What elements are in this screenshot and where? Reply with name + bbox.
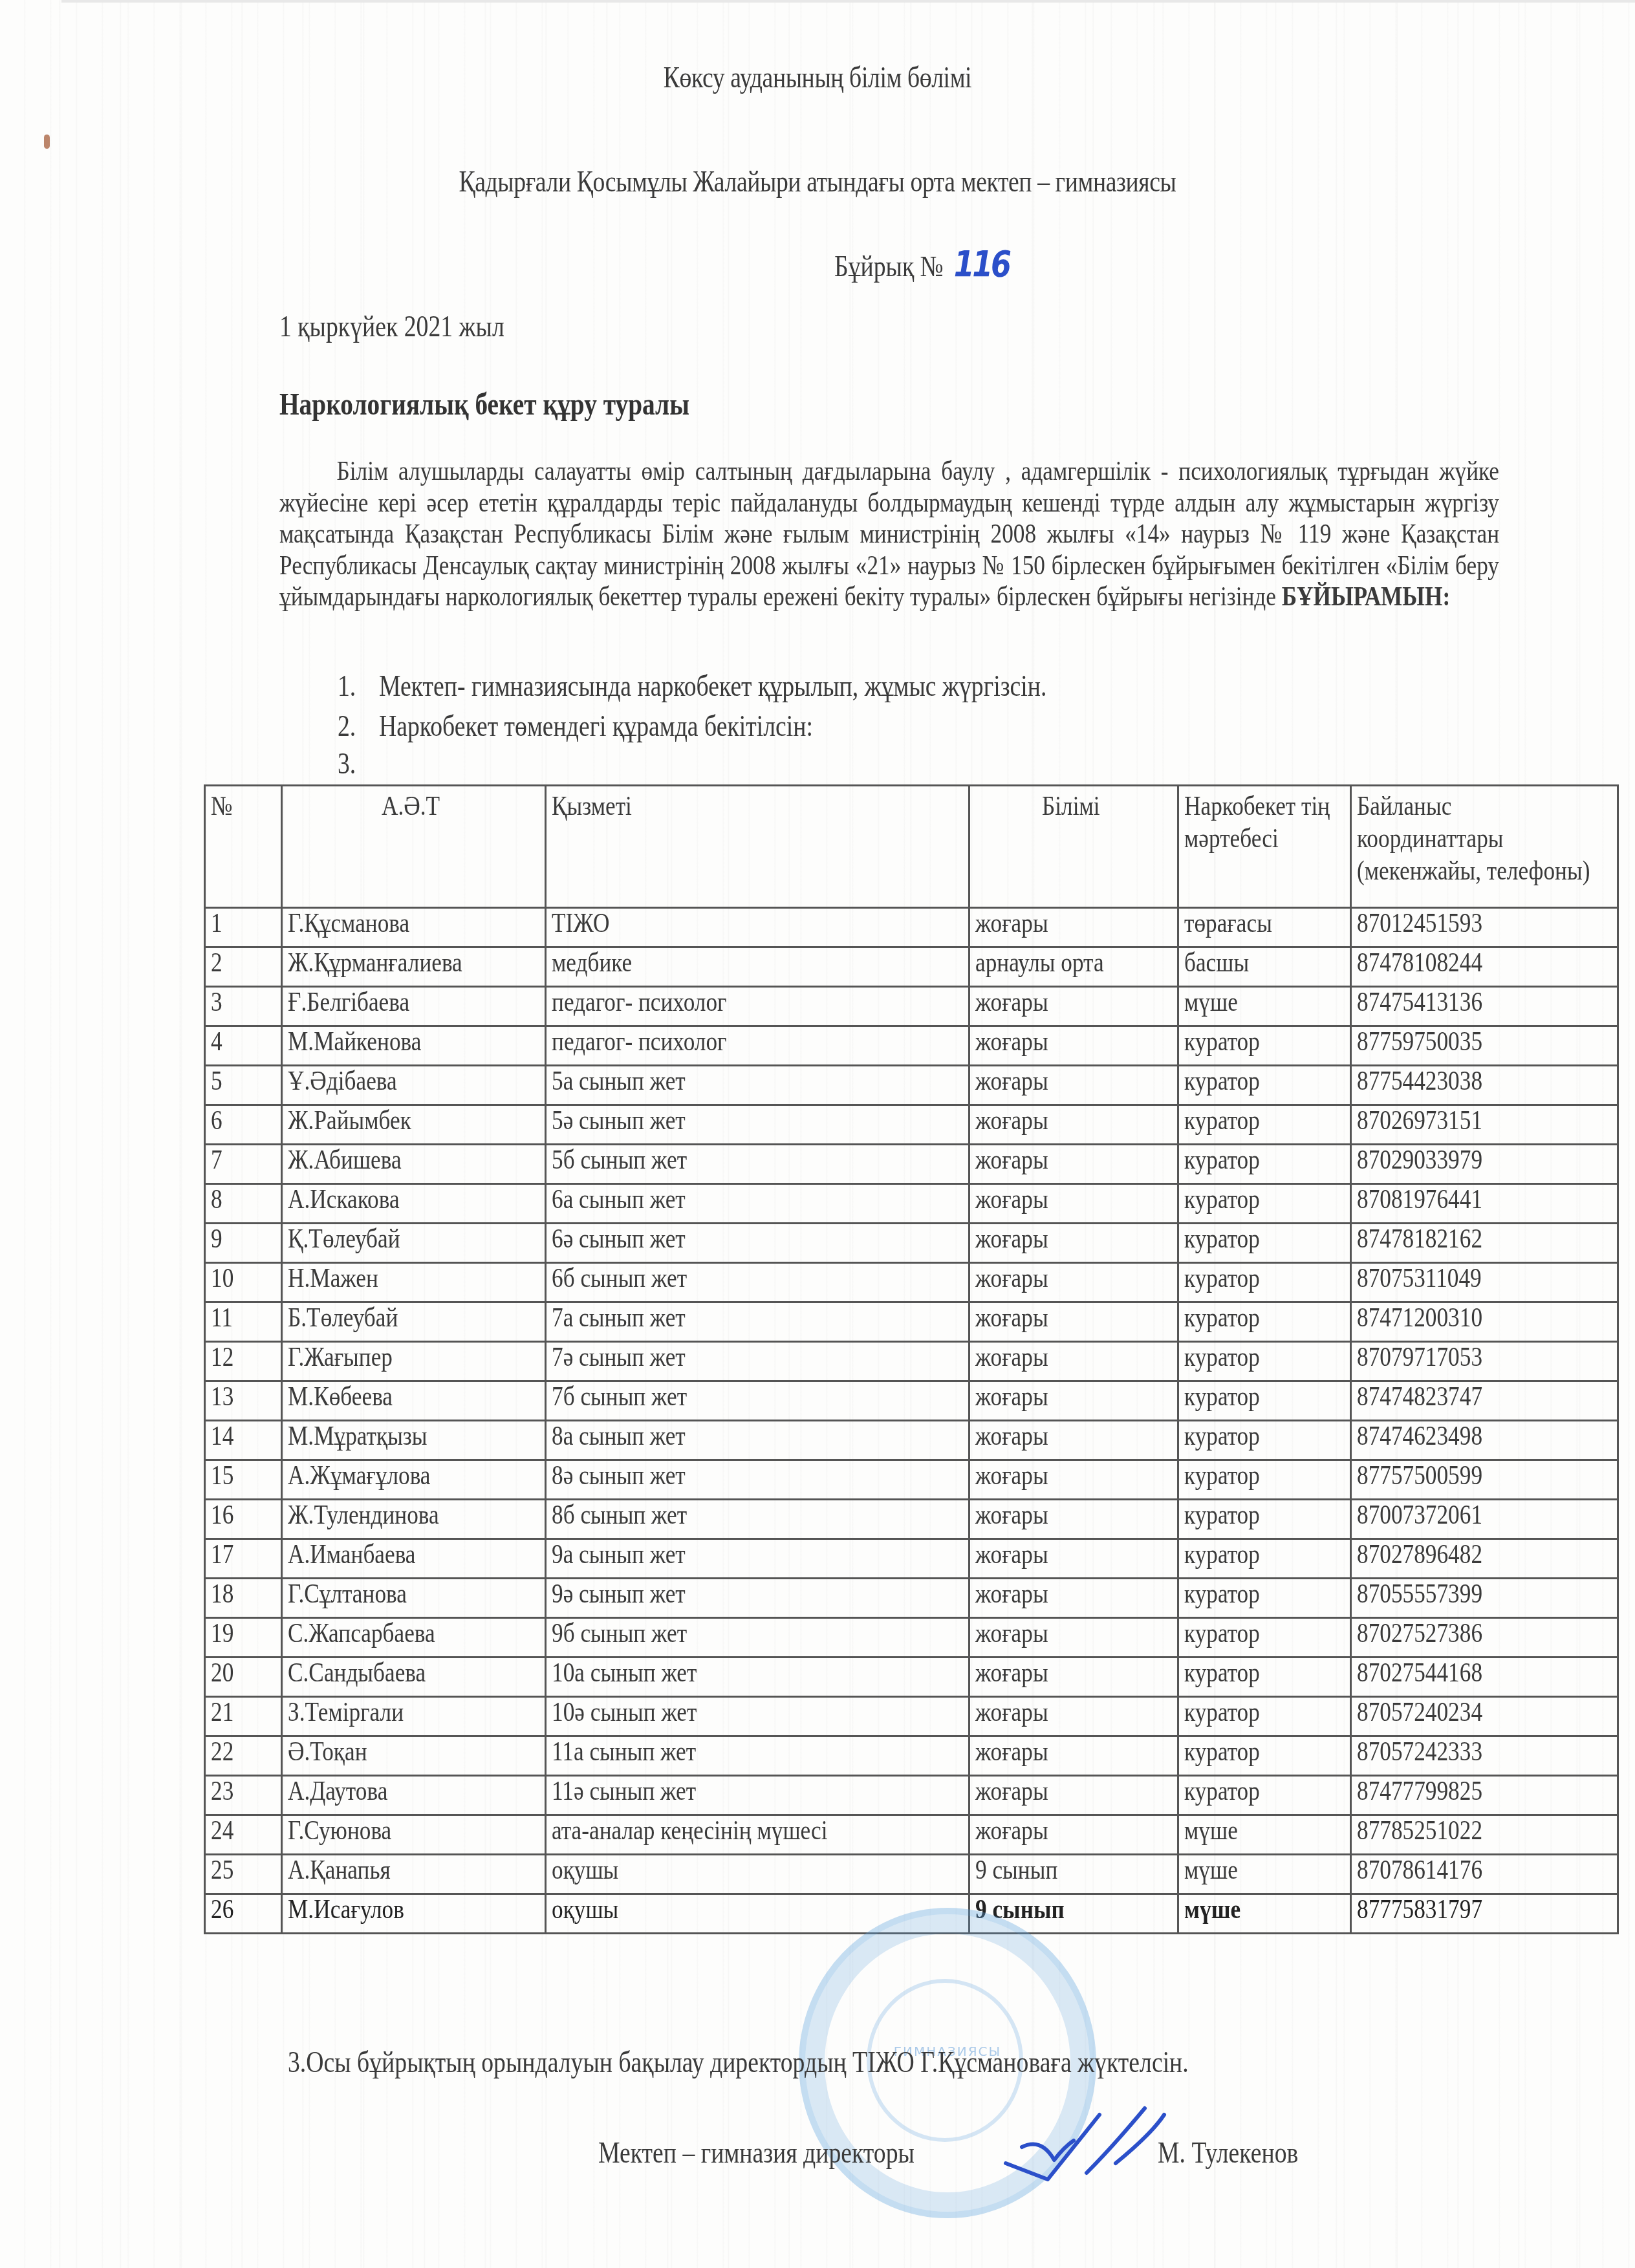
row-number: 17 bbox=[205, 1539, 282, 1579]
header-contacts: Байланыс координаттары (мекенжайы, телеф… bbox=[1351, 786, 1618, 908]
member-position: медбике bbox=[546, 947, 969, 987]
member-position: ата-аналар кеңесінің мүшесі bbox=[546, 1815, 969, 1855]
member-education: жоғары bbox=[969, 1105, 1178, 1145]
member-name: Н.Мажен bbox=[282, 1263, 546, 1302]
member-education: жоғары bbox=[969, 1302, 1178, 1342]
member-name: Ж.Абишева bbox=[282, 1145, 546, 1184]
member-status: куратор bbox=[1178, 1145, 1351, 1184]
row-number: 23 bbox=[205, 1776, 282, 1815]
member-name: А.Даутова bbox=[282, 1776, 546, 1815]
member-position: 7б сынып жет bbox=[546, 1381, 969, 1421]
member-position: педагог- психолог bbox=[546, 1026, 969, 1066]
member-position: оқушы bbox=[546, 1855, 969, 1894]
order-label: Бұйрық № bbox=[834, 250, 944, 283]
member-position: оқушы bbox=[546, 1894, 969, 1934]
member-status: куратор bbox=[1178, 1263, 1351, 1302]
list-item: 2.Наркобекет төмендегі құрамда бекітілсі… bbox=[338, 709, 813, 743]
row-number: 19 bbox=[205, 1618, 282, 1658]
member-position: 5ә сынып жет bbox=[546, 1105, 969, 1145]
row-number: 15 bbox=[205, 1460, 282, 1500]
members-table: № А.Ә.Т Қызметі Білімі Наркобекет тің мә… bbox=[204, 784, 1619, 1934]
member-status: төрағасы bbox=[1178, 908, 1351, 947]
row-number: 11 bbox=[205, 1302, 282, 1342]
member-education: жоғары bbox=[969, 987, 1178, 1026]
table-row: 17А.Иманбаева9а сынып жетжоғарыкуратор87… bbox=[205, 1539, 1618, 1579]
row-number: 16 bbox=[205, 1500, 282, 1539]
member-phone: 87757500599 bbox=[1351, 1460, 1618, 1500]
member-name: Г.Жағыпер bbox=[282, 1342, 546, 1381]
member-phone: 87081976441 bbox=[1351, 1184, 1618, 1224]
member-education: 9 сынып bbox=[969, 1855, 1178, 1894]
header-status: Наркобекет тің мәртебесі bbox=[1178, 786, 1351, 908]
member-name: М.Майкенова bbox=[282, 1026, 546, 1066]
member-education: арнаулы орта bbox=[969, 947, 1178, 987]
member-position: 9б сынып жет bbox=[546, 1618, 969, 1658]
table-row: 20С.Сандыбаева10а сынып жетжоғарыкуратор… bbox=[205, 1658, 1618, 1697]
table-row: 9Қ.Төлеубай6ә сынып жетжоғарыкуратор8747… bbox=[205, 1224, 1618, 1263]
table-row: 23А.Даутова11ә сынып жетжоғарыкуратор874… bbox=[205, 1776, 1618, 1815]
table-row: 8А.Искакова6а сынып жетжоғарыкуратор8708… bbox=[205, 1184, 1618, 1224]
member-status: куратор bbox=[1178, 1026, 1351, 1066]
member-phone: 87471200310 bbox=[1351, 1302, 1618, 1342]
member-name: Ж.Құрманғалиева bbox=[282, 947, 546, 987]
member-phone: 87029033979 bbox=[1351, 1145, 1618, 1184]
member-position: 5б сынып жет bbox=[546, 1145, 969, 1184]
member-position: 11ә сынып жет bbox=[546, 1776, 969, 1815]
member-education: жоғары bbox=[969, 1776, 1178, 1815]
member-education: жоғары bbox=[969, 1224, 1178, 1263]
member-status: мүше bbox=[1178, 1894, 1351, 1934]
member-status: куратор bbox=[1178, 1776, 1351, 1815]
list-number: 3. bbox=[338, 746, 379, 781]
row-number: 22 bbox=[205, 1736, 282, 1776]
member-position: 5а сынып жет bbox=[546, 1066, 969, 1105]
member-education: жоғары bbox=[969, 1066, 1178, 1105]
list-text: Наркобекет төмендегі құрамда бекітілсін: bbox=[379, 709, 813, 742]
header-education: Білімі bbox=[969, 786, 1178, 908]
member-status: куратор bbox=[1178, 1381, 1351, 1421]
member-phone: 87478108244 bbox=[1351, 947, 1618, 987]
member-phone: 87055557399 bbox=[1351, 1579, 1618, 1618]
row-number: 13 bbox=[205, 1381, 282, 1421]
list-number: 1. bbox=[338, 669, 379, 703]
member-education: жоғары bbox=[969, 908, 1178, 947]
member-education: жоғары bbox=[969, 1736, 1178, 1776]
member-name: А.Қанапья bbox=[282, 1855, 546, 1894]
director-title: Мектеп – гимназия директоры bbox=[598, 2135, 915, 2170]
member-position: 10а сынып жет bbox=[546, 1658, 969, 1697]
member-name: Ж.Тулендинова bbox=[282, 1500, 546, 1539]
member-status: мүше bbox=[1178, 1855, 1351, 1894]
member-status: куратор bbox=[1178, 1539, 1351, 1579]
table-row: 26М.Исағуловоқушы9 сыныпмүше87775831797 bbox=[205, 1894, 1618, 1934]
member-phone: 87474823747 bbox=[1351, 1381, 1618, 1421]
department-heading: Көксу ауданының білім бөлімі bbox=[147, 60, 1488, 94]
member-position: 6а сынып жет bbox=[546, 1184, 969, 1224]
member-position: 8ә сынып жет bbox=[546, 1460, 969, 1500]
table-row: 16Ж.Тулендинова8б сынып жетжоғарыкуратор… bbox=[205, 1500, 1618, 1539]
table-row: 7Ж.Абишева5б сынып жетжоғарыкуратор87029… bbox=[205, 1145, 1618, 1184]
member-status: мүше bbox=[1178, 987, 1351, 1026]
member-education: жоғары bbox=[969, 1579, 1178, 1618]
member-status: куратор bbox=[1178, 1658, 1351, 1697]
row-number: 18 bbox=[205, 1579, 282, 1618]
table-row: 18Г.Сұлтанова9ә сынып жетжоғарыкуратор87… bbox=[205, 1579, 1618, 1618]
list-item: 1.Мектеп- гимназиясында наркобекет құрыл… bbox=[338, 669, 1046, 703]
row-number: 5 bbox=[205, 1066, 282, 1105]
member-education: жоғары bbox=[969, 1815, 1178, 1855]
member-education: жоғары bbox=[969, 1539, 1178, 1579]
order-number-handwritten: 116 bbox=[954, 243, 1010, 285]
member-education: жоғары bbox=[969, 1421, 1178, 1460]
row-number: 9 bbox=[205, 1224, 282, 1263]
member-phone: 87754423038 bbox=[1351, 1066, 1618, 1105]
member-phone: 87075311049 bbox=[1351, 1263, 1618, 1302]
member-phone: 87477799825 bbox=[1351, 1776, 1618, 1815]
table-row: 15А.Жұмағұлова8ә сынып жетжоғарыкуратор8… bbox=[205, 1460, 1618, 1500]
member-education: жоғары bbox=[969, 1500, 1178, 1539]
member-position: 7а сынып жет bbox=[546, 1302, 969, 1342]
row-number: 14 bbox=[205, 1421, 282, 1460]
member-status: куратор bbox=[1178, 1421, 1351, 1460]
table-row: 12Г.Жағыпер7ә сынып жетжоғарыкуратор8707… bbox=[205, 1342, 1618, 1381]
row-number: 3 bbox=[205, 987, 282, 1026]
member-status: куратор bbox=[1178, 1500, 1351, 1539]
member-phone: 87785251022 bbox=[1351, 1815, 1618, 1855]
member-name: М.Исағулов bbox=[282, 1894, 546, 1934]
member-status: куратор bbox=[1178, 1736, 1351, 1776]
member-phone: 87478182162 bbox=[1351, 1224, 1618, 1263]
table-row: 11Б.Төлеубай7а сынып жетжоғарыкуратор874… bbox=[205, 1302, 1618, 1342]
member-status: куратор bbox=[1178, 1184, 1351, 1224]
table-row: 13М.Көбеева7б сынып жетжоғарыкуратор8747… bbox=[205, 1381, 1618, 1421]
member-status: куратор bbox=[1178, 1066, 1351, 1105]
member-position: 7ә сынып жет bbox=[546, 1342, 969, 1381]
row-number: 7 bbox=[205, 1145, 282, 1184]
table-row: 19С.Жапсарбаева9б сынып жетжоғарыкуратор… bbox=[205, 1618, 1618, 1658]
signature-icon bbox=[1002, 2102, 1171, 2186]
member-position: 6ә сынып жет bbox=[546, 1224, 969, 1263]
header-no: № bbox=[205, 786, 282, 908]
member-status: куратор bbox=[1178, 1460, 1351, 1500]
member-status: куратор bbox=[1178, 1618, 1351, 1658]
row-number: 2 bbox=[205, 947, 282, 987]
member-position: 8б сынып жет bbox=[546, 1500, 969, 1539]
member-status: куратор bbox=[1178, 1302, 1351, 1342]
row-number: 1 bbox=[205, 908, 282, 947]
document-title: Наркологиялық бекет құру туралы bbox=[279, 387, 689, 422]
table-row: 22Ә.Тоқан11а сынып жетжоғарыкуратор87057… bbox=[205, 1736, 1618, 1776]
member-name: Ә.Тоқан bbox=[282, 1736, 546, 1776]
row-number: 10 bbox=[205, 1263, 282, 1302]
member-name: Б.Төлеубай bbox=[282, 1302, 546, 1342]
member-name: С.Жапсарбаева bbox=[282, 1618, 546, 1658]
member-education: жоғары bbox=[969, 1658, 1178, 1697]
member-name: М.Мұратқызы bbox=[282, 1421, 546, 1460]
list-item: 3. bbox=[338, 746, 379, 781]
member-education: жоғары bbox=[969, 1026, 1178, 1066]
member-name: М.Көбеева bbox=[282, 1381, 546, 1421]
member-name: А.Искакова bbox=[282, 1184, 546, 1224]
member-education: жоғары bbox=[969, 1381, 1178, 1421]
member-status: куратор bbox=[1178, 1342, 1351, 1381]
member-name: Ұ.Әдібаева bbox=[282, 1066, 546, 1105]
member-education: жоғары bbox=[969, 1263, 1178, 1302]
member-position: ТІЖО bbox=[546, 908, 969, 947]
list-text: Мектеп- гимназиясында наркобекет құрылып… bbox=[379, 669, 1046, 702]
member-phone: 87027544168 bbox=[1351, 1658, 1618, 1697]
decree-word: БҰЙЫРАМЫН: bbox=[1282, 581, 1450, 612]
member-name: Г.Суюнова bbox=[282, 1815, 546, 1855]
order-date: 1 қыркүйек 2021 жыл bbox=[279, 309, 504, 343]
member-position: 11а сынып жет bbox=[546, 1736, 969, 1776]
preamble-paragraph: Білім алушыларды салауатты өмір салтының… bbox=[279, 456, 1499, 613]
header-position: Қызметі bbox=[546, 786, 969, 908]
row-number: 20 bbox=[205, 1658, 282, 1697]
member-education: жоғары bbox=[969, 1145, 1178, 1184]
member-status: куратор bbox=[1178, 1697, 1351, 1736]
member-position: 9а сынып жет bbox=[546, 1539, 969, 1579]
table-row: 6Ж.Райымбек5ә сынып жетжоғарыкуратор8702… bbox=[205, 1105, 1618, 1145]
table-header-row: № А.Ә.Т Қызметі Білімі Наркобекет тің мә… bbox=[205, 786, 1618, 908]
member-phone: 87012451593 bbox=[1351, 908, 1618, 947]
member-phone: 87007372061 bbox=[1351, 1500, 1618, 1539]
member-name: А.Жұмағұлова bbox=[282, 1460, 546, 1500]
member-education: жоғары bbox=[969, 1697, 1178, 1736]
row-number: 4 bbox=[205, 1026, 282, 1066]
paper-mark bbox=[44, 135, 50, 149]
member-position: 10ә сынып жет bbox=[546, 1697, 969, 1736]
member-education: жоғары bbox=[969, 1618, 1178, 1658]
row-number: 25 bbox=[205, 1855, 282, 1894]
school-heading: Қадырғали Қосымұлы Жалайыри атындағы орт… bbox=[147, 164, 1488, 199]
row-number: 24 bbox=[205, 1815, 282, 1855]
member-status: басшы bbox=[1178, 947, 1351, 987]
director-name: М. Тулекенов bbox=[1158, 2135, 1298, 2170]
header-name: А.Ә.Т bbox=[282, 786, 546, 908]
member-phone: 87475413136 bbox=[1351, 987, 1618, 1026]
table-row: 1Г.Құсманова ТІЖОжоғарытөрағасы870124515… bbox=[205, 908, 1618, 947]
member-name: Қ.Төлеубай bbox=[282, 1224, 546, 1263]
table-row: 21З.Теміргали10ә сынып жетжоғарыкуратор8… bbox=[205, 1697, 1618, 1736]
member-position: 9ә сынып жет bbox=[546, 1579, 969, 1618]
member-phone: 87057242333 bbox=[1351, 1736, 1618, 1776]
member-phone: 87057240234 bbox=[1351, 1697, 1618, 1736]
list-number: 2. bbox=[338, 709, 379, 743]
member-education: жоғары bbox=[969, 1342, 1178, 1381]
table-row: 10Н.Мажен6б сынып жетжоғарыкуратор870753… bbox=[205, 1263, 1618, 1302]
row-number: 8 bbox=[205, 1184, 282, 1224]
row-number: 12 bbox=[205, 1342, 282, 1381]
table-row: 14М.Мұратқызы8а сынып жетжоғарыкуратор87… bbox=[205, 1421, 1618, 1460]
table-row: 3Ғ.Белгібаевапедагог- психологжоғарымүше… bbox=[205, 987, 1618, 1026]
member-education: жоғары bbox=[969, 1184, 1178, 1224]
member-position: педагог- психолог bbox=[546, 987, 969, 1026]
table-row: 24Г.Суюноваата-аналар кеңесінің мүшесіжо… bbox=[205, 1815, 1618, 1855]
table-row: 2Ж.Құрманғалиевамедбикеарнаулы ортабасшы… bbox=[205, 947, 1618, 987]
member-name: З.Теміргали bbox=[282, 1697, 546, 1736]
member-phone: 87759750035 bbox=[1351, 1026, 1618, 1066]
row-number: 26 bbox=[205, 1894, 282, 1934]
member-phone: 87027896482 bbox=[1351, 1539, 1618, 1579]
member-position: 8а сынып жет bbox=[546, 1421, 969, 1460]
member-education: 9 сынып bbox=[969, 1894, 1178, 1934]
member-phone: 87078614176 bbox=[1351, 1855, 1618, 1894]
member-phone: 87027527386 bbox=[1351, 1618, 1618, 1658]
member-status: мүше bbox=[1178, 1815, 1351, 1855]
member-name: Ғ.Белгібаева bbox=[282, 987, 546, 1026]
table-row: 25А.Қанапьяоқушы9 сыныпмүше87078614176 bbox=[205, 1855, 1618, 1894]
member-name: С.Сандыбаева bbox=[282, 1658, 546, 1697]
table-row: 4М.Майкеновапедагог- психологжоғарыкурат… bbox=[205, 1026, 1618, 1066]
member-position: 6б сынып жет bbox=[546, 1263, 969, 1302]
order-number-line: Бұйрық № 116 bbox=[834, 243, 1010, 285]
member-name: Г.Сұлтанова bbox=[282, 1579, 546, 1618]
member-status: куратор bbox=[1178, 1105, 1351, 1145]
member-phone: 87775831797 bbox=[1351, 1894, 1618, 1934]
member-name: Ж.Райымбек bbox=[282, 1105, 546, 1145]
page-edge bbox=[61, 0, 1635, 3]
member-phone: 87026973151 bbox=[1351, 1105, 1618, 1145]
row-number: 21 bbox=[205, 1697, 282, 1736]
member-education: жоғары bbox=[969, 1460, 1178, 1500]
member-name: А.Иманбаева bbox=[282, 1539, 546, 1579]
member-phone: 87474623498 bbox=[1351, 1421, 1618, 1460]
row-number: 6 bbox=[205, 1105, 282, 1145]
control-clause: 3.Осы бұйрықтың орындалуын бақылау дирек… bbox=[288, 2045, 1189, 2079]
table-row: 5Ұ.Әдібаева5а сынып жетжоғарыкуратор8775… bbox=[205, 1066, 1618, 1105]
member-status: куратор bbox=[1178, 1579, 1351, 1618]
member-name: Г.Құсманова bbox=[282, 908, 546, 947]
member-status: куратор bbox=[1178, 1224, 1351, 1263]
member-phone: 87079717053 bbox=[1351, 1342, 1618, 1381]
